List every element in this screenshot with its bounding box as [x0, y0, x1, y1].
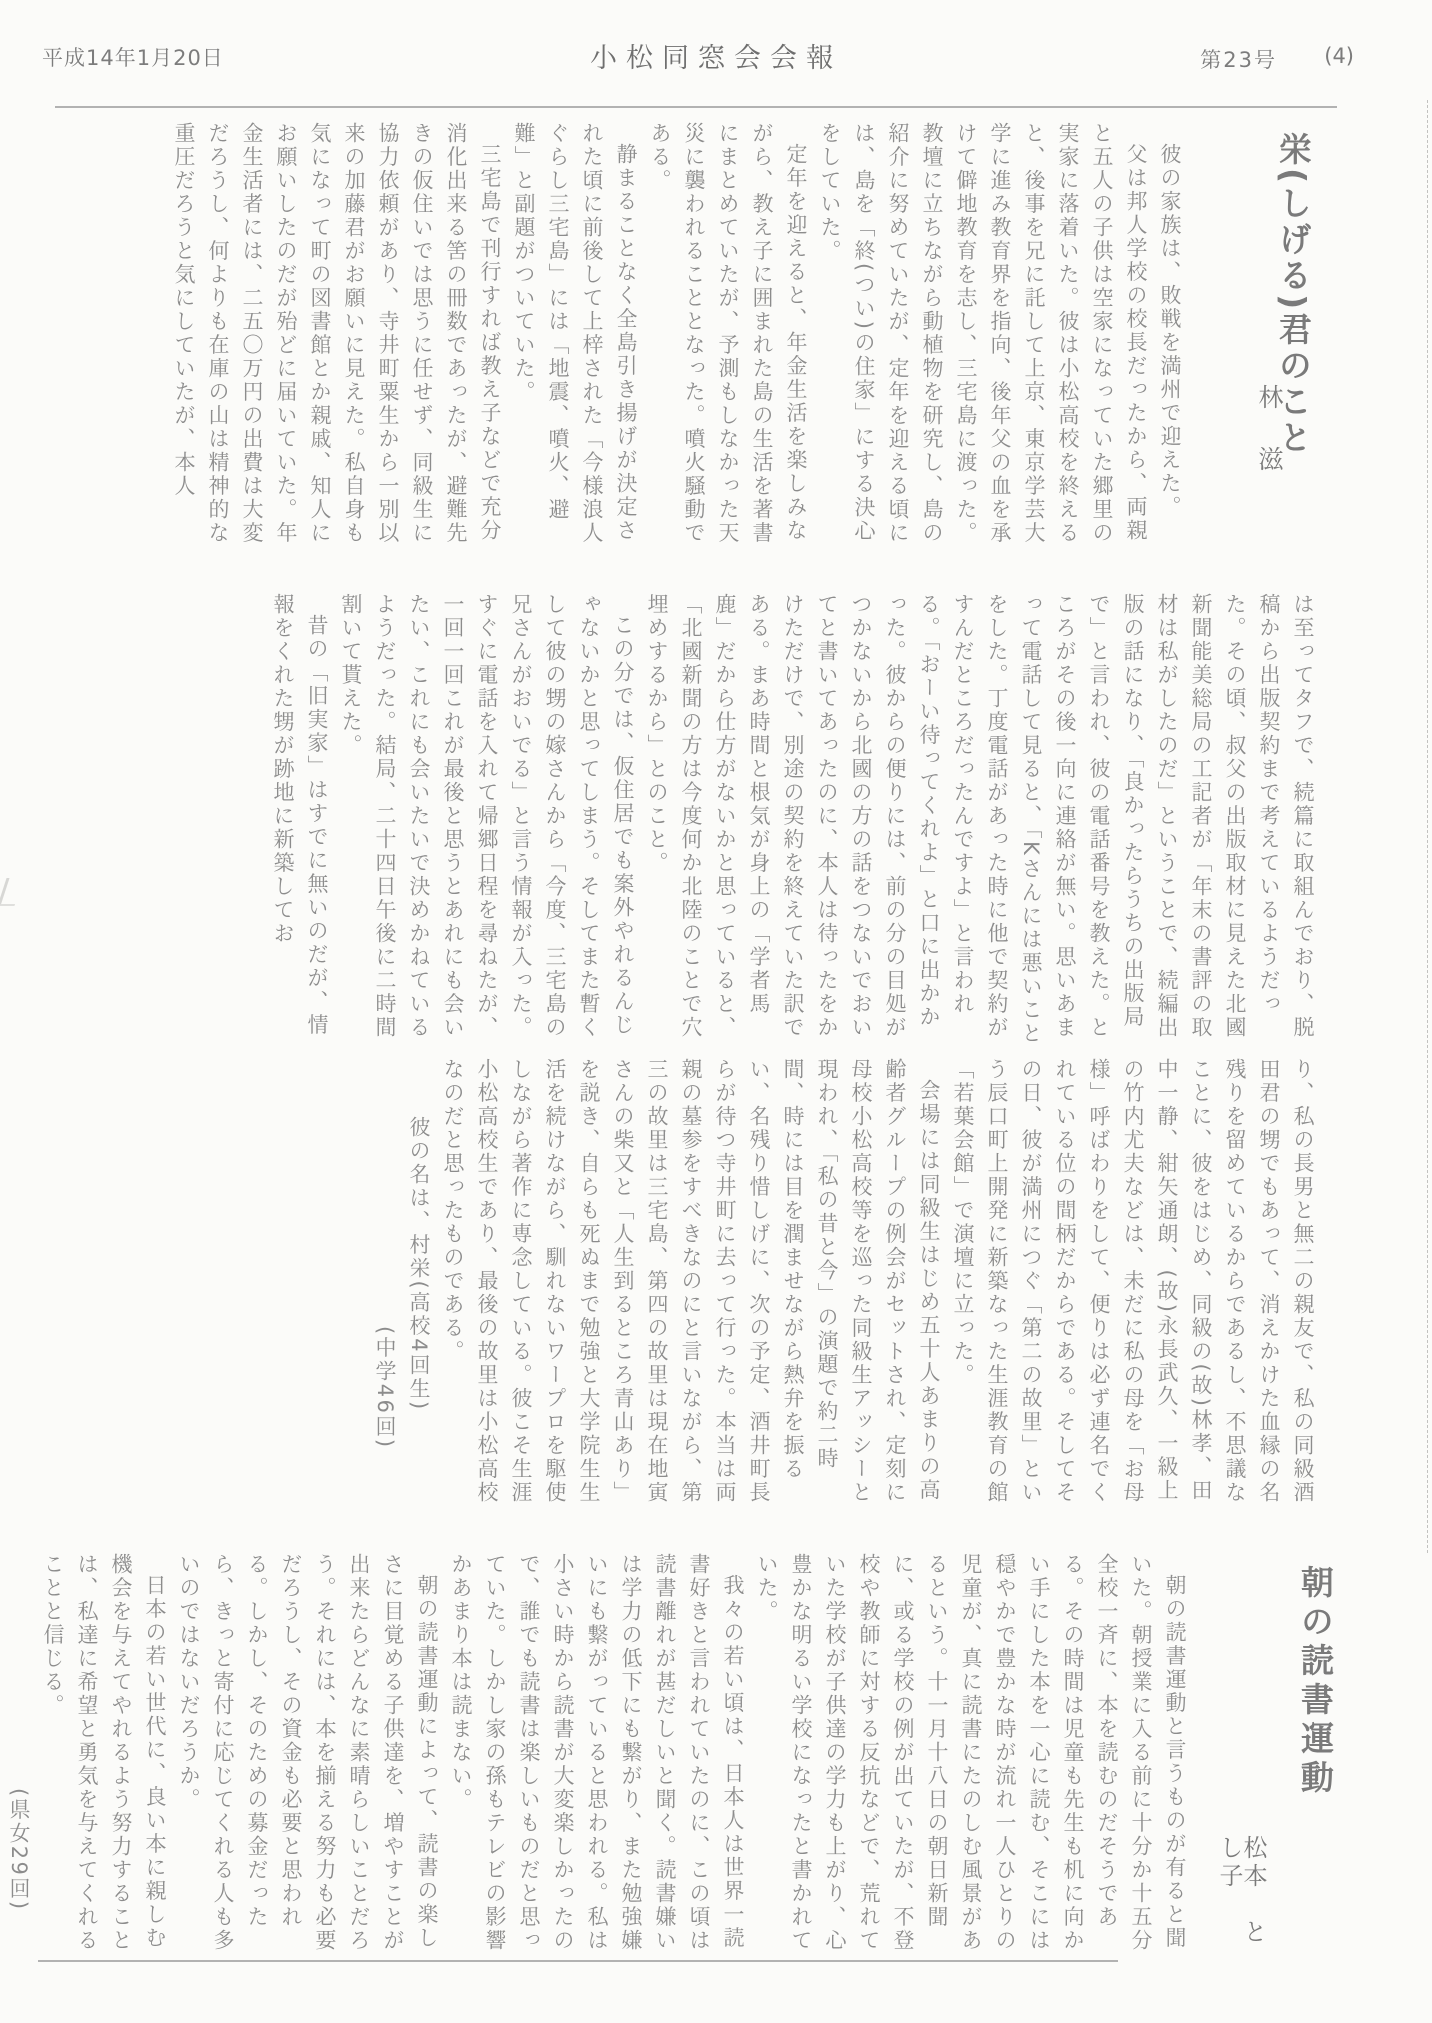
article1-body-band2: は至ってタフで、続篇に取組んでおり、脱稿から出版契約まで考えているようだった。そ…	[15, 593, 1320, 1048]
article2-body: 朝の読書運動と言うものが有ると聞いた。朝授業に入る前に十分か十五分全校一斉に、本…	[14, 1553, 1192, 1960]
article1-band3: り、私の長男と無二の親友で、私の同級酒田君の甥でもあって、消えかけた血縁の名残り…	[0, 1058, 1432, 1510]
paragraph: この分では、仮住居でも案外やれるんじゃないかと思ってしまう。そしてまた暫くして彼…	[334, 593, 640, 1048]
article2-signature: (県女29回)	[2, 1553, 36, 1960]
article1-signature-class: (中学46回)	[368, 1058, 402, 1510]
article1-band2: は至ってタフで、続篇に取組んでおり、脱稿から出版契約まで考えているようだった。そ…	[0, 593, 1432, 1048]
page-header: 平成14年1月20日 小松同窓会会報 第23号 (4)	[0, 34, 1432, 76]
paragraph: 昔の「旧実家」はすでに無いのだが、情報をくれた甥が跡地に新築してお	[266, 593, 334, 1048]
article1-body-band3: り、私の長男と無二の親友で、私の同級酒田君の甥でもあって、消えかけた血縁の名残り…	[15, 1058, 1320, 1510]
scan-page-edge-dotted-line	[1427, 100, 1428, 1553]
page-number: (4)	[1324, 44, 1354, 68]
article1-signature-name: 彼の名は、村栄(高校4回生)	[402, 1058, 436, 1510]
header-divider-rule	[55, 106, 1337, 108]
paragraph: 定年を迎えると、年金生活を楽しみながら、教え子に囲まれた島の生活を著書にまとめて…	[643, 122, 813, 554]
article2-author: 松本 とし子	[1217, 1835, 1265, 1960]
paragraph: 静まることなく全島引き揚げが決定された頃に前後して上梓された「今様浪人ぐらし三宅…	[507, 122, 643, 554]
paragraph: 彼の家族は、敗戦を満州で迎えた。	[1153, 122, 1187, 554]
paragraph: 朝の読書運動と言うものが有ると聞いた。朝授業に入る前に十分か十五分全校一斉に、本…	[750, 1553, 1192, 1960]
paragraph: 我々の若い頃は、日本人は世界一読書好きと言われていたのに、この頃は読書離れが甚だ…	[444, 1553, 750, 1960]
paragraph: り、私の長男と無二の親友で、私の同級酒田君の甥でもあって、消えかけた血縁の名残り…	[946, 1058, 1320, 1510]
paragraph: 朝の読書運動によって、読書の楽しさに目覚める子供達を、増やすことが出来たらどんな…	[172, 1553, 444, 1960]
paragraph: 三宅島で刊行すれば教え子などで充分消化出来る筈の冊数であったが、避難先きの仮住い…	[167, 122, 507, 554]
paragraph: 会場には同級生はじめ五十人あまりの高齢者グループの例会がセットされ、定刻に母校小…	[436, 1058, 946, 1510]
article2-title: 朝の読書運動	[1299, 1565, 1332, 1799]
issue-number: 第23号	[1200, 44, 1277, 74]
article1-author: 林 滋	[1257, 384, 1282, 477]
paragraph: は至ってタフで、続篇に取組んでおり、脱稿から出版契約まで考えているようだった。そ…	[640, 593, 1320, 1048]
article1-body-band1: 彼の家族は、敗戦を満州で迎えた。 父は邦人学校の校長だったから、両親と五人の子供…	[27, 122, 1187, 554]
article2-band: 朝の読書運動 松本 とし子 朝の読書運動と言うものが有ると聞いた。朝授業に入る前…	[0, 1553, 1432, 1960]
paragraph: 日本の若い世代に、良い本に親しむ機会を与えてやれるよう努力することは、私達に希望…	[36, 1553, 172, 1960]
footer-divider-rule	[38, 1960, 1118, 1962]
newsletter-page: 平成14年1月20日 小松同窓会会報 第23号 (4) 栄(しげる)君のこと 林…	[0, 0, 1432, 2023]
paragraph: 父は邦人学校の校長だったから、両親と五人の子供は空家になっていた郷里の実家に落着…	[813, 122, 1153, 554]
article1-band1: 栄(しげる)君のこと 林 滋 彼の家族は、敗戦を満州で迎えた。 父は邦人学校の校…	[0, 122, 1432, 554]
